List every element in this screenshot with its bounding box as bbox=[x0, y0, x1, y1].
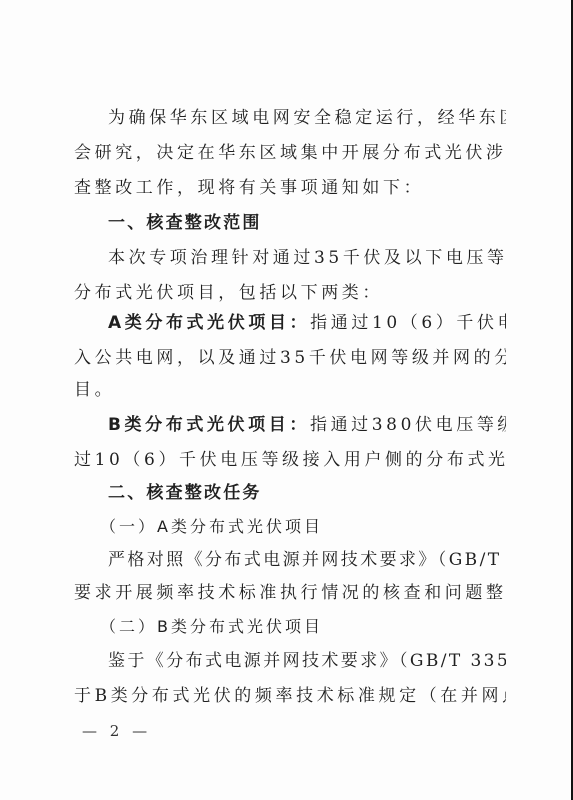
section-heading-scope: 一、核查整改范围 bbox=[108, 211, 506, 235]
paragraph-intro-line-3: 查整改工作，现将有关事项通知如下： bbox=[74, 176, 506, 200]
paragraph-class-a-line-1: A类分布式光伏项目：指通过10（6）千伏电压等级直接接 bbox=[108, 311, 506, 335]
paragraph-class-a-line-3: 目。 bbox=[74, 378, 506, 402]
paragraph-task-b-line-1: 鉴于《分布式电源并网技术要求》（GB/T 33593-2017)关 bbox=[108, 649, 506, 673]
class-a-label: A类分布式光伏项目： bbox=[108, 313, 310, 333]
paragraph-task-a-line-1: 严格对照《分布式电源并网技术要求》（GB/T 33593-2017) bbox=[108, 548, 506, 572]
subheading-class-a: （一）A类分布式光伏项目 bbox=[100, 515, 532, 539]
paragraph-scope-line-1: 本次专项治理针对通过35千伏及以下电压等级接入电网的 bbox=[108, 246, 506, 270]
class-b-definition: 指通过380伏电压等级并网，以及通 bbox=[310, 415, 506, 435]
paragraph-intro-line-2: 会研究，决定在华东区域集中开展分布式光伏涉网频率专项核 bbox=[74, 141, 506, 165]
paragraph-class-a-line-2: 入公共电网，以及通过35千伏电网等级并网的分布式光伏项 bbox=[74, 346, 506, 370]
class-a-definition: 指通过10（6）千伏电压等级直接接 bbox=[310, 313, 506, 333]
paragraph-intro-line-1: 为确保华东区域电网安全稳定运行，经华东区域电力安委 bbox=[108, 106, 506, 130]
section-heading-tasks: 二、核查整改任务 bbox=[108, 481, 506, 505]
paragraph-class-b-line-1: B类分布式光伏项目：指通过380伏电压等级并网，以及通 bbox=[108, 413, 506, 437]
paragraph-scope-line-2: 分布式光伏项目，包括以下两类： bbox=[74, 281, 506, 305]
paragraph-class-b-line-2: 过10（6）千伏电压等级接入用户侧的分布式光伏项目。 bbox=[74, 448, 506, 472]
paragraph-task-b-line-2: 于B类分布式光伏的频率技术标准规定（在并网点频率超过 bbox=[74, 684, 506, 708]
class-b-label: B类分布式光伏项目： bbox=[108, 415, 310, 435]
subheading-class-b: （二）B类分布式光伏项目 bbox=[100, 615, 532, 639]
paragraph-task-a-line-2: 要求开展频率技术标准执行情况的核查和问题整改。 bbox=[74, 581, 506, 605]
document-page: 为确保华东区域电网安全稳定运行，经华东区域电力安委 会研究，决定在华东区域集中开… bbox=[0, 0, 571, 800]
page-number: — 2 — bbox=[82, 722, 151, 740]
